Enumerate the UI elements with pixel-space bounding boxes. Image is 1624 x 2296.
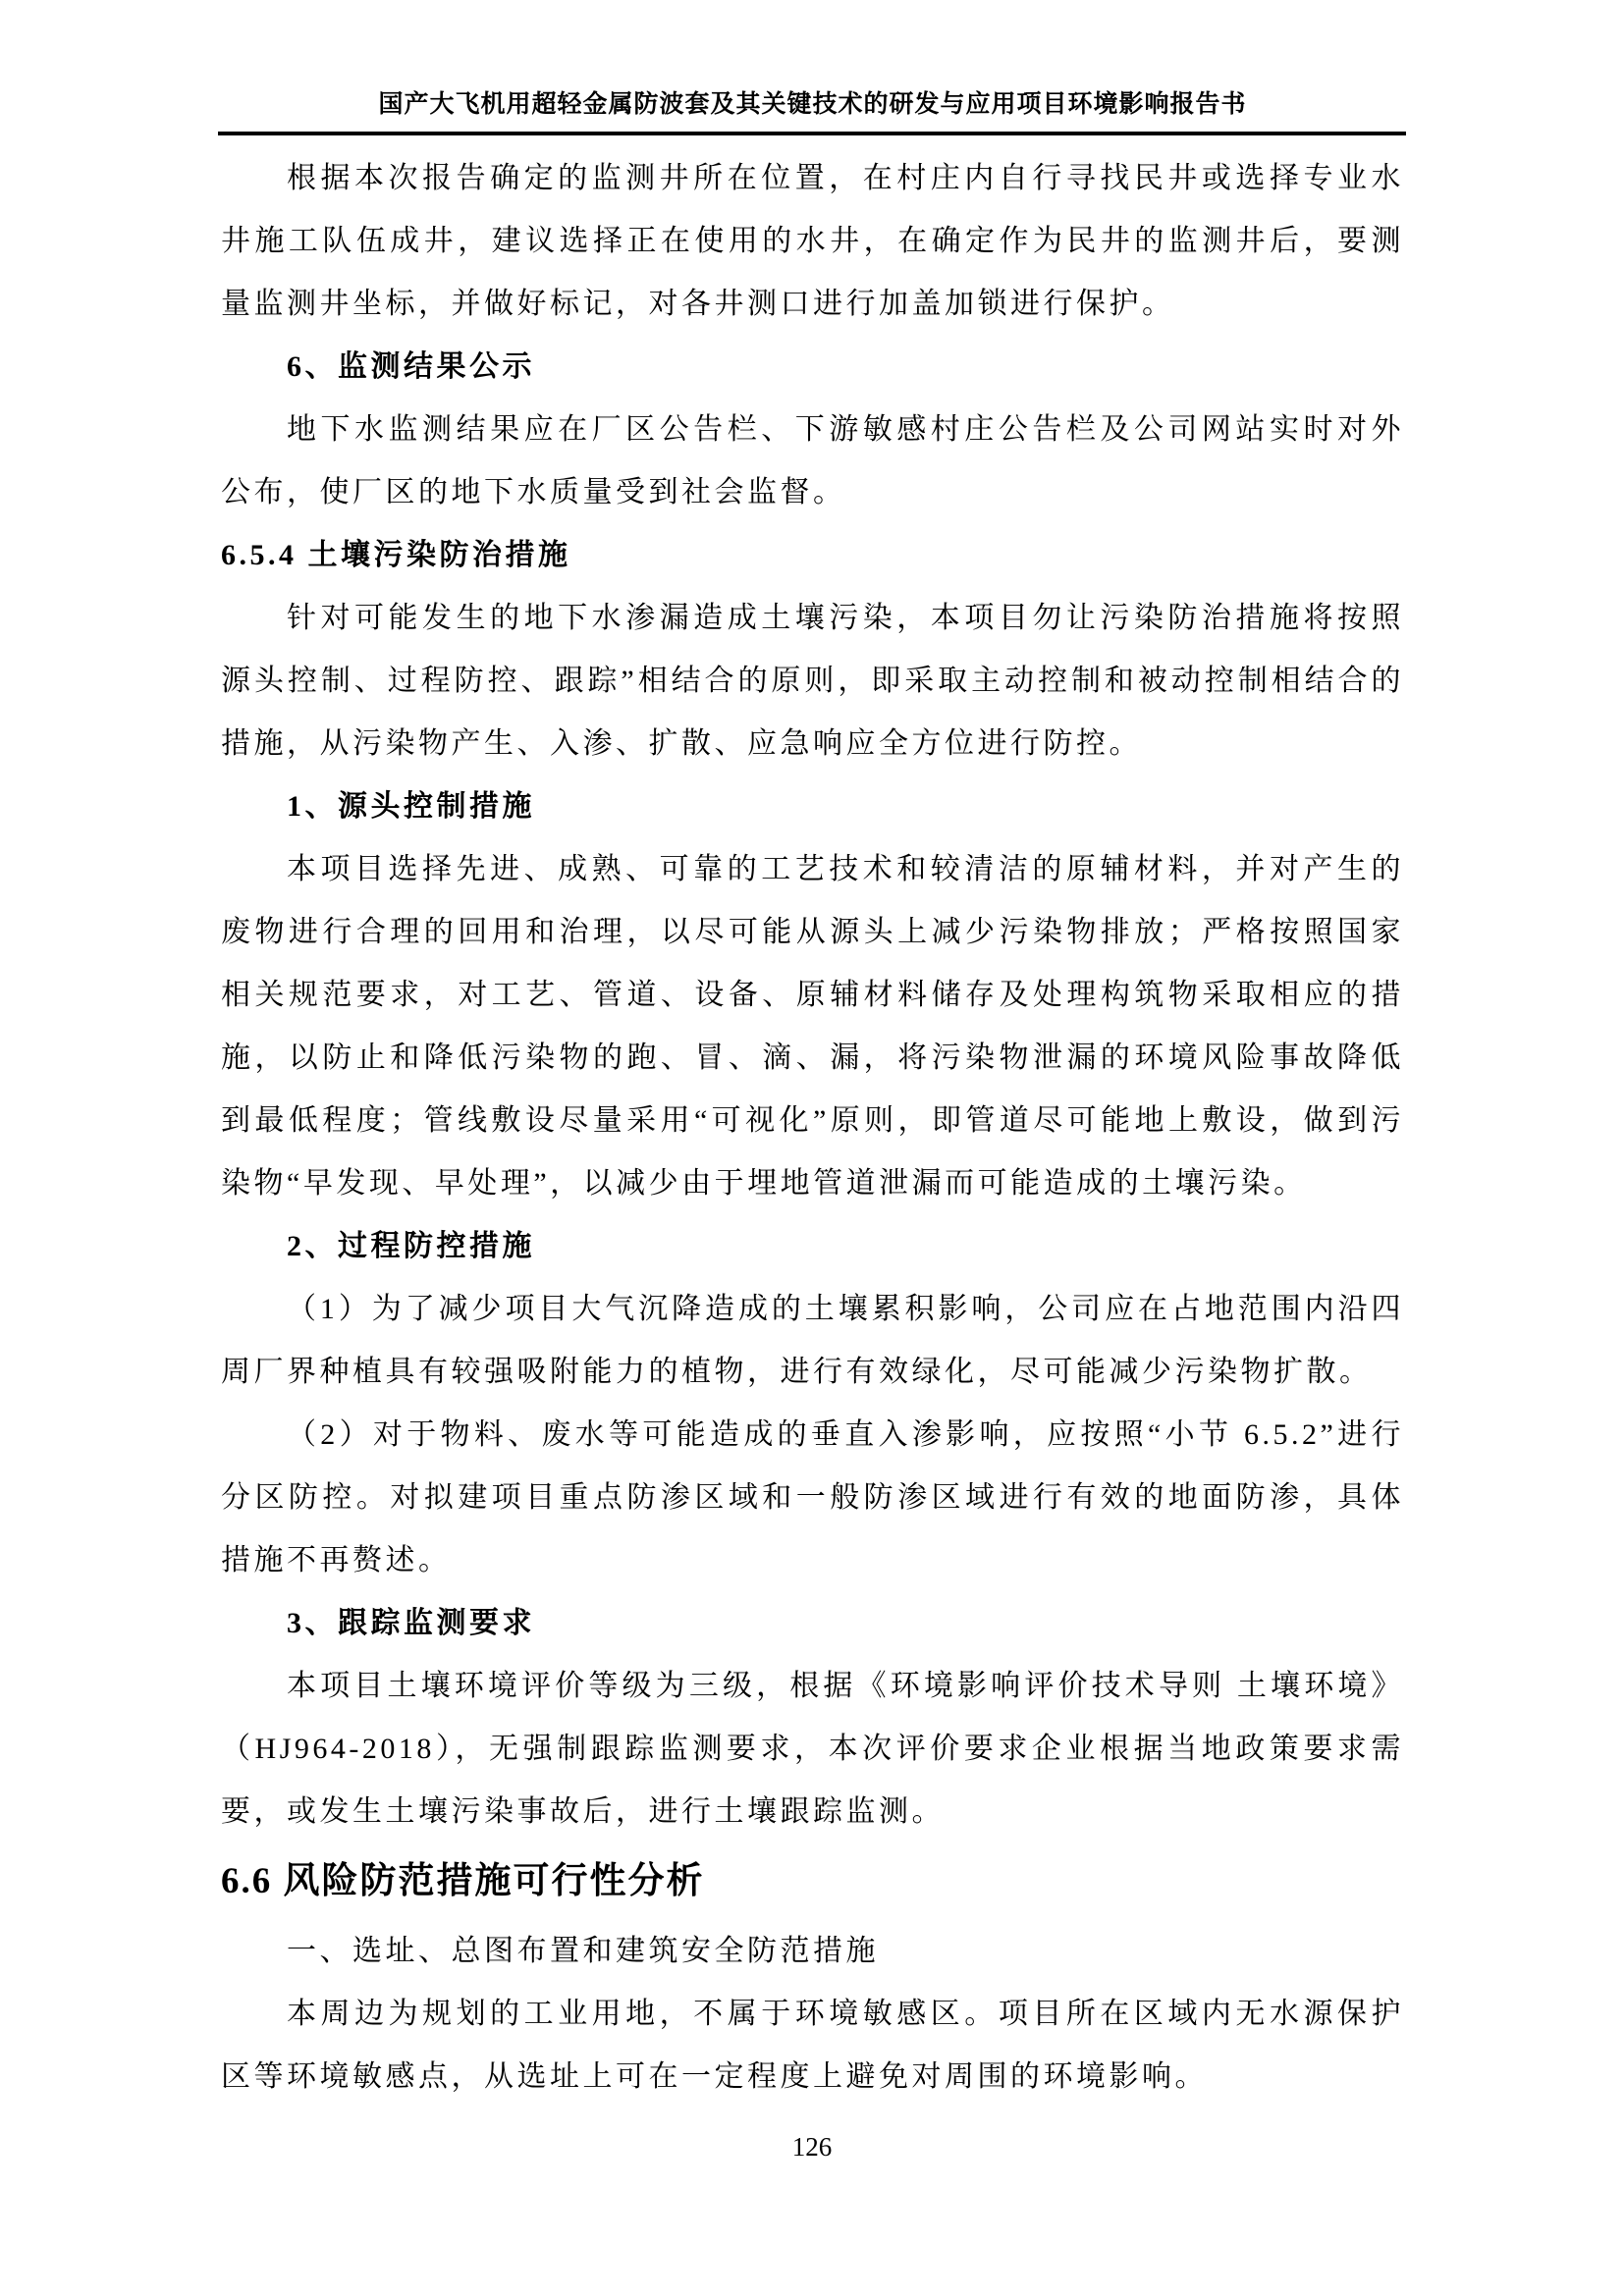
paragraph-monitoring-wells: 根据本次报告确定的监测井所在位置，在村庄内自行寻找民井或选择专业水井施工队伍成井… — [221, 147, 1404, 336]
heading-tracking-monitor: 3、跟踪监测要求 — [221, 1592, 1404, 1655]
paragraph-process-item-2: （2）对于物料、废水等可能造成的垂直入渗影响，应按照“小节 6.5.2”进行分区… — [221, 1404, 1404, 1592]
heading-process-control: 2、过程防控措施 — [221, 1215, 1404, 1278]
heading-soil-section-654: 6.5.4 土壤污染防治措施 — [221, 524, 1404, 587]
paragraph-process-item-1: （1）为了减少项目大气沉降造成的土壤累积影响，公司应在占地范围内沿四周厂界种植具… — [221, 1278, 1404, 1404]
heading-source-control: 1、源头控制措施 — [221, 775, 1404, 838]
heading-risk-section-66: 6.6 风险防范措施可行性分析 — [221, 1843, 1404, 1920]
paragraph-source-control: 本项目选择先进、成熟、可靠的工艺技术和较清洁的原辅材料，并对产生的废物进行合理的… — [221, 838, 1404, 1215]
paragraph-monitor-results: 地下水监测结果应在厂区公告栏、下游敏感村庄公告栏及公司网站实时对外公布，使厂区的… — [221, 399, 1404, 524]
document-body: 根据本次报告确定的监测井所在位置，在村庄内自行寻找民井或选择专业水井施工队伍成井… — [221, 147, 1404, 2109]
page-number: 126 — [0, 2132, 1624, 2163]
document-page: 国产大飞机用超轻金属防波套及其关键技术的研发与应用项目环境影响报告书 根据本次报… — [0, 0, 1624, 2296]
paragraph-siting-body: 本周边为规划的工业用地，不属于环境敏感区。项目所在区域内无水源保护区等环境敏感点… — [221, 1983, 1404, 2109]
heading-monitor-results: 6、监测结果公示 — [221, 336, 1404, 399]
paragraph-tracking-monitor: 本项目土壤环境评价等级为三级，根据《环境影响评价技术导则 土壤环境》（HJ964… — [221, 1655, 1404, 1843]
paragraph-siting-subheading: 一、选址、总图布置和建筑安全防范措施 — [221, 1920, 1404, 1983]
page-header-title: 国产大飞机用超轻金属防波套及其关键技术的研发与应用项目环境影响报告书 — [221, 84, 1404, 120]
paragraph-soil-intro: 针对可能发生的地下水渗漏造成土壤污染，本项目勿让污染防治措施将按照源头控制、过程… — [221, 587, 1404, 775]
header-divider — [218, 132, 1406, 135]
